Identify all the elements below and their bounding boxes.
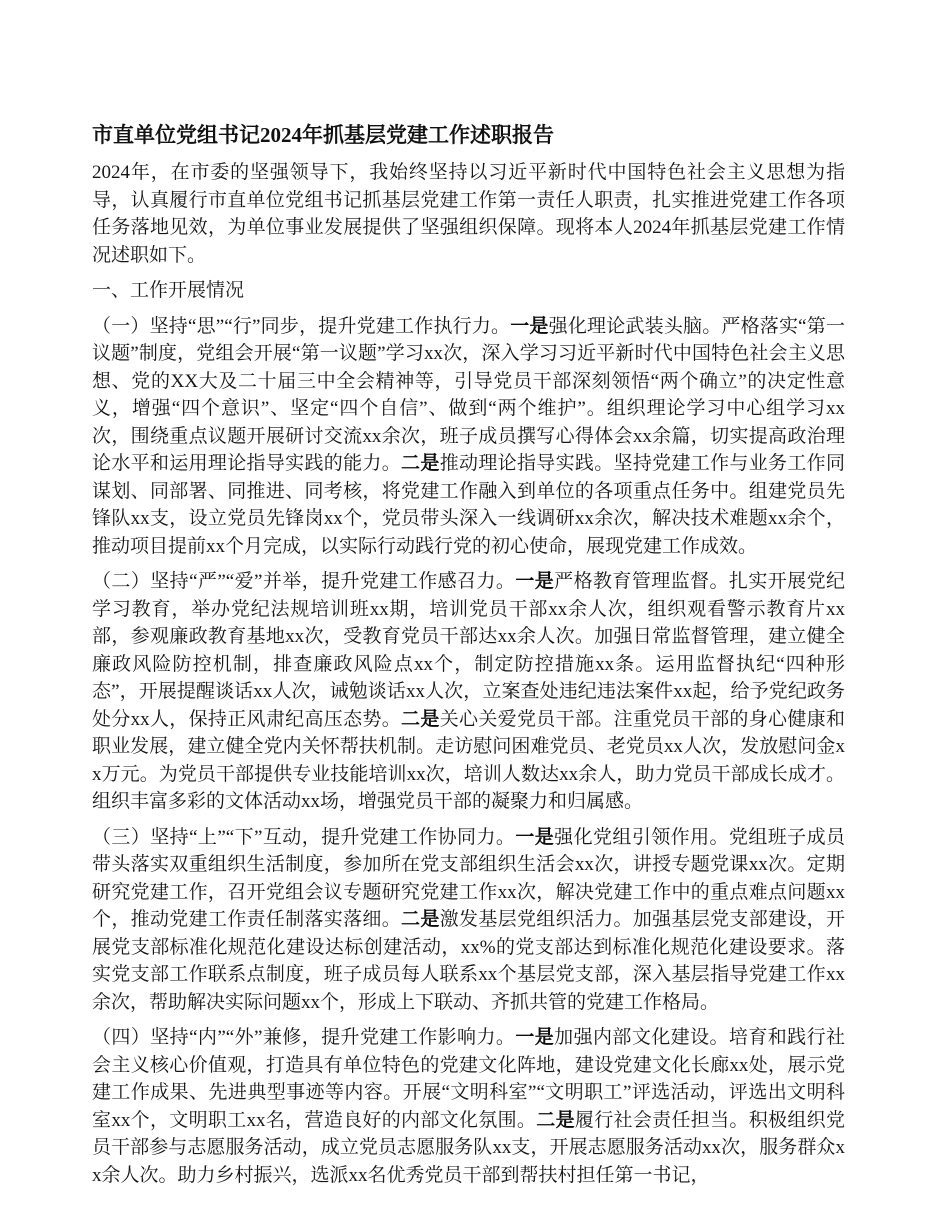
- bold-point-marker: 二是: [536, 1110, 575, 1131]
- paragraph-text: 强化理论武装头脑。严格落实“第一议题”制度，党组会开展“第一议题”学习xx次，深…: [92, 316, 845, 475]
- paragraph-lead: （四）坚持“内”“外”兼修，提升党建工作影响力。: [92, 1027, 515, 1048]
- paragraph-text: 严格教育管理监督。扎实开展党纪学习教育，举办党纪法规培训班xx期，培训党员干部x…: [92, 571, 845, 730]
- paragraph-lead: （一）坚持“思”“行”同步，提升党建工作执行力。: [92, 316, 510, 337]
- paragraph-item-3: （三）坚持“上”“下”互动，提升党建工作协同力。一是强化党组引领作用。党组班子成…: [92, 824, 845, 1017]
- paragraph-item-4: （四）坚持“内”“外”兼修，提升党建工作影响力。一是加强内部文化建设。培育和践行…: [92, 1024, 845, 1189]
- intro-paragraph: 2024年，在市委的坚强领导下，我始终坚持以习近平新时代中国特色社会主义思想为指…: [92, 159, 845, 269]
- bold-point-marker: 一是: [515, 827, 554, 848]
- paragraph-lead: （二）坚持“严”“爱”并举，提升党建工作感召力。: [92, 571, 515, 592]
- section-heading: 一、工作开展情况: [92, 277, 845, 305]
- bold-point-marker: 一是: [510, 316, 548, 337]
- bold-point-marker: 一是: [515, 1027, 554, 1048]
- document-page: 市直单位党组书记2024年抓基层党建工作述职报告 2024年，在市委的坚强领导下…: [0, 0, 950, 1230]
- document-title: 市直单位党组书记2024年抓基层党建工作述职报告: [92, 122, 845, 149]
- bold-point-marker: 二是: [401, 909, 440, 930]
- bold-point-marker: 二是: [401, 453, 440, 474]
- bold-point-marker: 一是: [515, 571, 554, 592]
- paragraph-item-1: （一）坚持“思”“行”同步，提升党建工作执行力。一是强化理论武装头脑。严格落实“…: [92, 313, 845, 561]
- bold-point-marker: 二是: [401, 709, 440, 730]
- paragraph-lead: （三）坚持“上”“下”互动，提升党建工作协同力。: [92, 827, 515, 848]
- paragraph-item-2: （二）坚持“严”“爱”并举，提升党建工作感召力。一是严格教育管理监督。扎实开展党…: [92, 568, 845, 816]
